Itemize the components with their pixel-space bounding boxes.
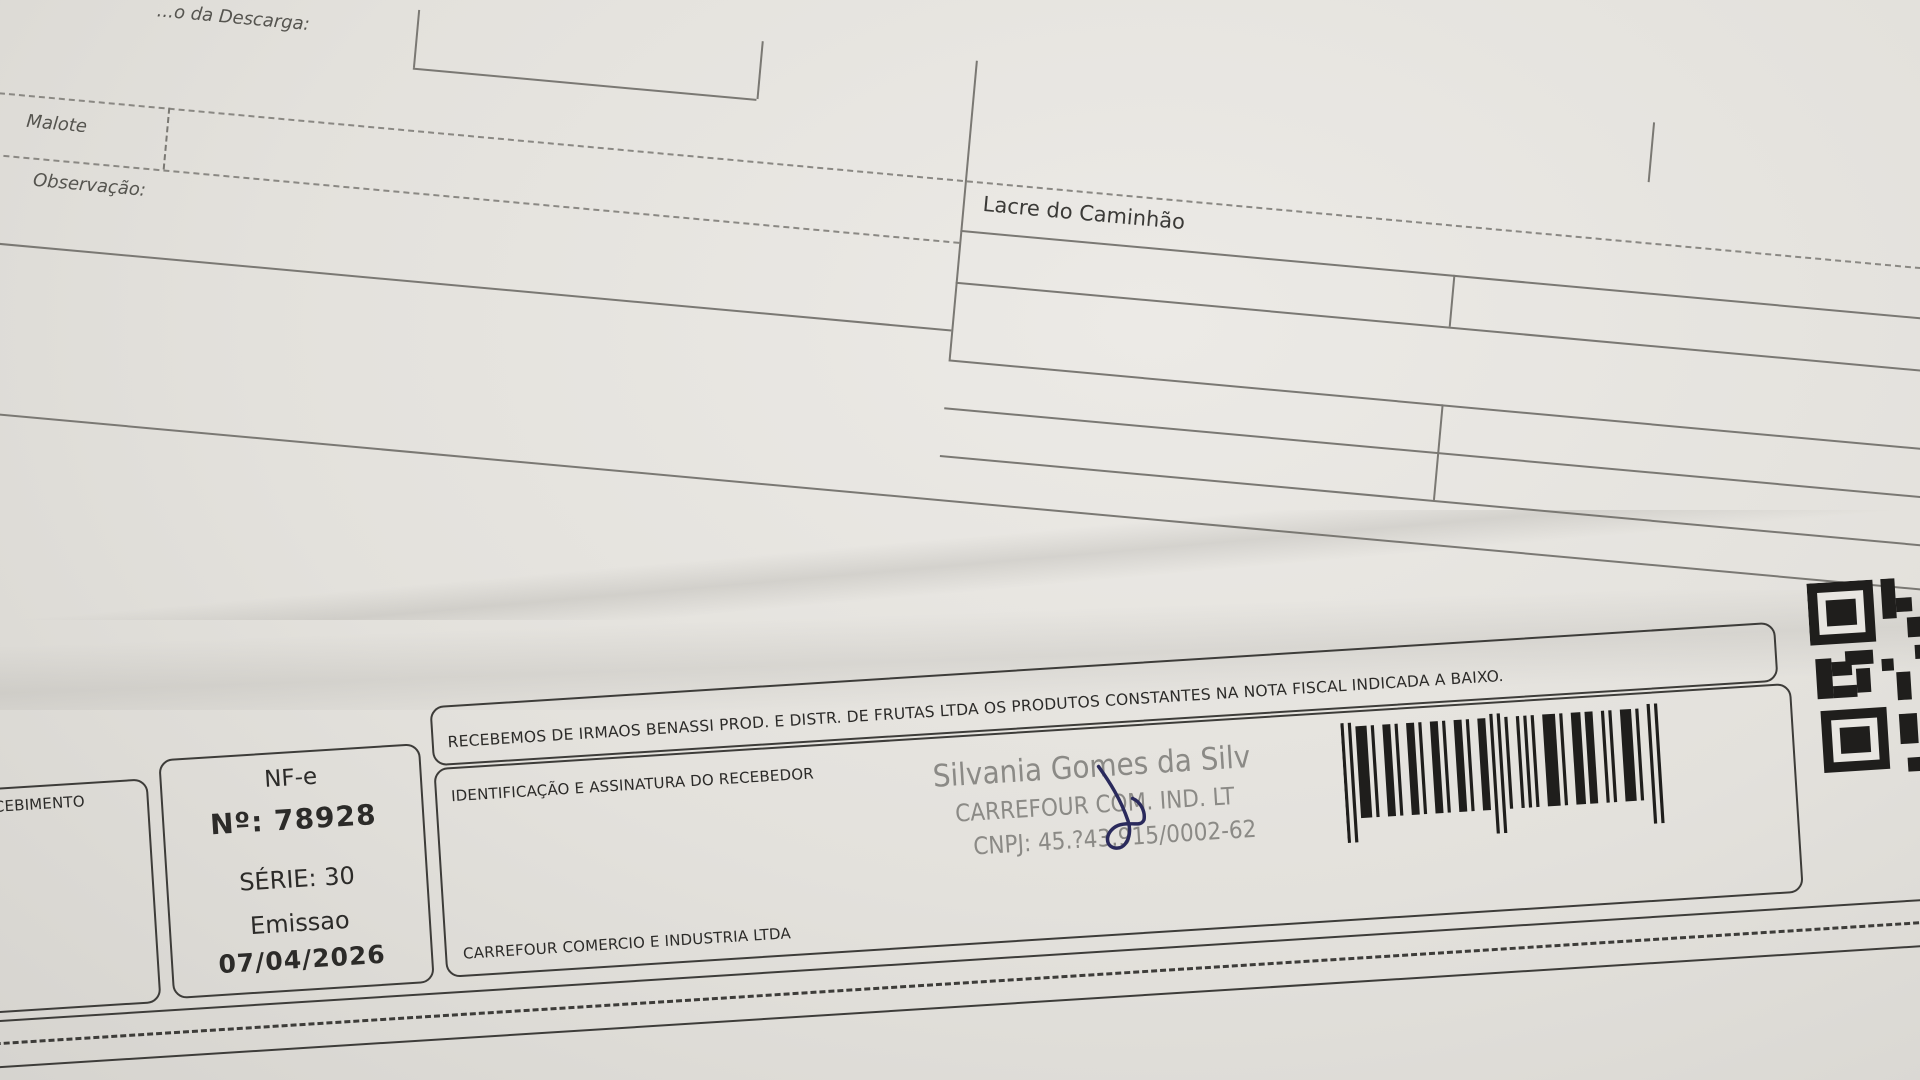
observacao-label: Observação: xyxy=(32,170,147,201)
recipient-company: CARREFOUR COMERCIO E INDUSTRIA LTDA xyxy=(462,924,791,963)
descarga-box-edge xyxy=(757,41,764,99)
nfe-title: NF-e xyxy=(161,757,420,799)
column-divider xyxy=(1449,275,1456,327)
barcode-icon xyxy=(1340,698,1747,843)
form-row-line xyxy=(940,455,1920,547)
handwritten-signature xyxy=(1090,757,1156,861)
descarga-box-line xyxy=(413,68,757,101)
recebimento-box: E RECEBIMENTO xyxy=(0,778,162,1014)
observacao-line xyxy=(0,239,951,332)
nfe-info-box: NF-e Nº: 78928 SÉRIE: 30 Emissao 07/04/2… xyxy=(158,743,435,999)
recebimento-label: E RECEBIMENTO xyxy=(0,792,85,818)
nfe-number-row: Nº: 78928 xyxy=(164,795,424,844)
form-row-line xyxy=(949,359,1920,451)
descarga-label: ...o da Descarga: xyxy=(156,0,311,35)
form-row-line xyxy=(960,230,1920,322)
form-row-line xyxy=(944,407,1920,499)
descarga-box-edge xyxy=(413,10,420,68)
nfe-number-label: Nº: xyxy=(209,805,264,841)
photographed-document: ...o da Descarga: Malote Observação: Lac… xyxy=(0,0,1920,1080)
malote-divider xyxy=(163,108,171,170)
column-divider xyxy=(1648,122,1655,182)
qr-code-icon xyxy=(1806,575,1920,783)
malote-label: Malote xyxy=(26,111,88,137)
column-divider xyxy=(949,61,978,360)
nfe-number: 78928 xyxy=(273,798,377,837)
signature-box-label: IDENTIFICAÇÃO E ASSINATURA DO RECEBEDOR xyxy=(451,764,815,805)
nfe-serie-row: SÉRIE: 30 xyxy=(167,857,426,901)
nfe-serie-label: SÉRIE: xyxy=(238,864,317,897)
nfe-serie: 30 xyxy=(323,861,355,891)
nfe-emissao-date: 07/04/2026 xyxy=(172,937,431,982)
form-row-line xyxy=(956,282,1920,374)
